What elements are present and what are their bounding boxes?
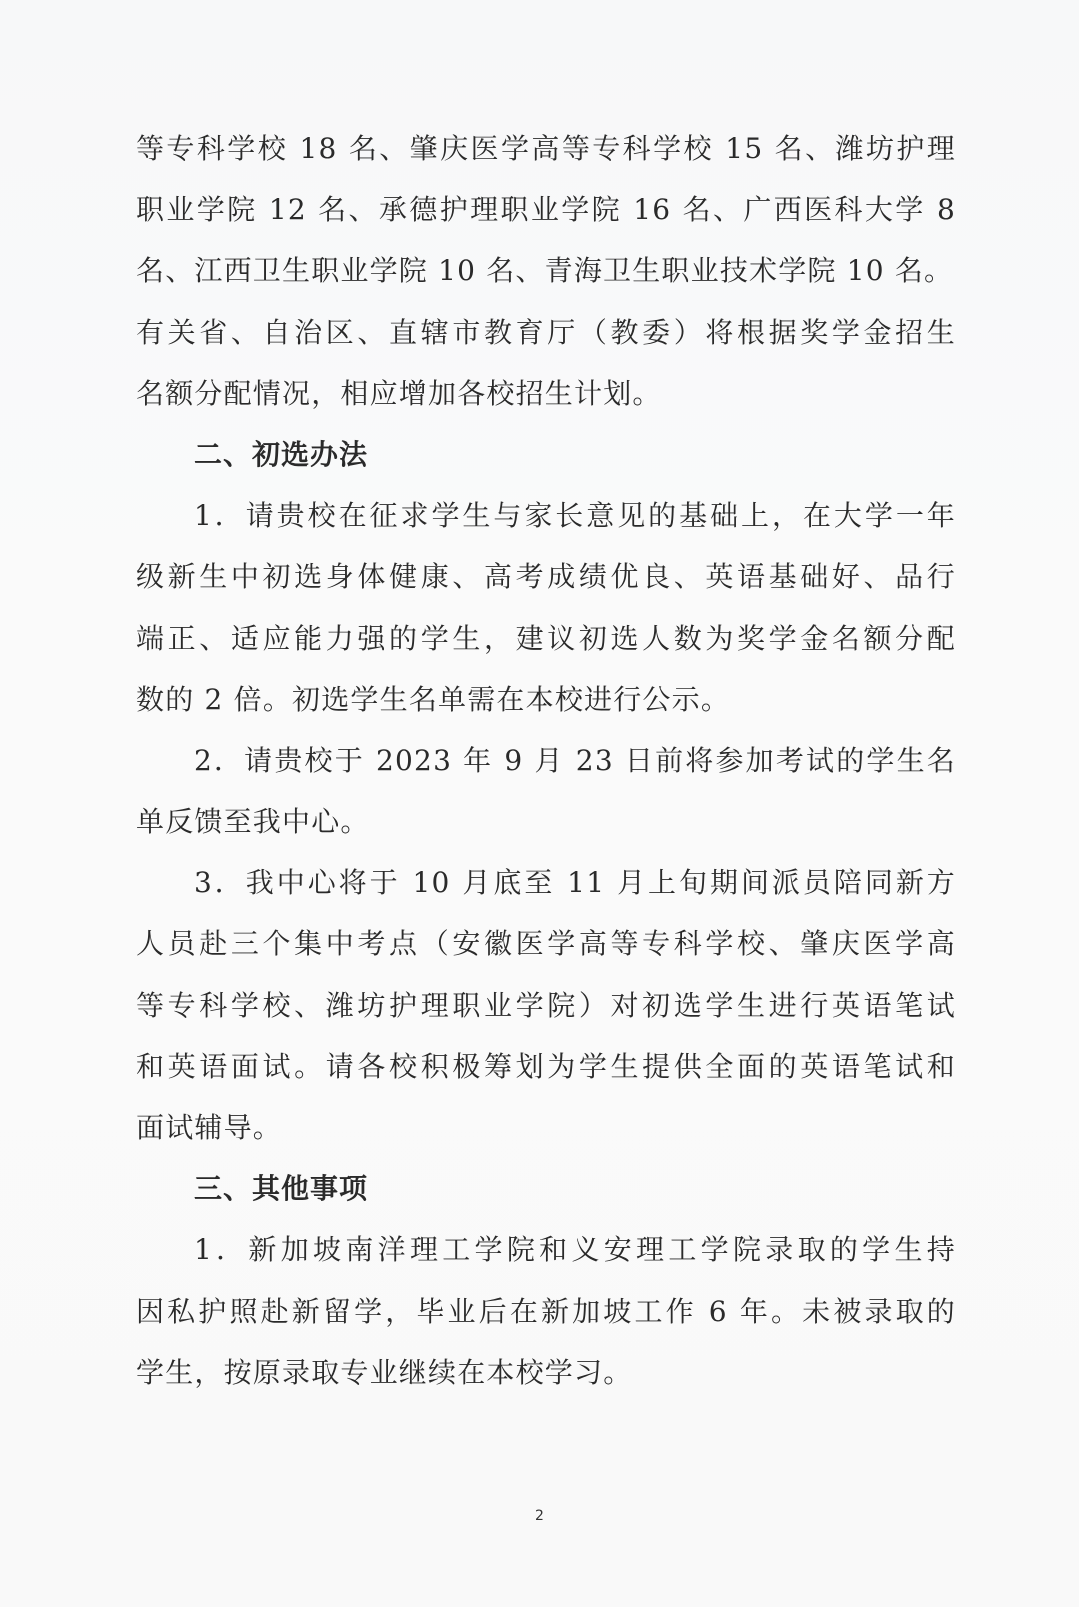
paragraph-line: 3．我中心将于 10 月底至 11 月上旬期间派员陪同新方 bbox=[136, 852, 956, 913]
continuation-paragraph: 等专科学校 18 名、肇庆医学高等专科学校 15 名、潍坊护理 职业学院 12 … bbox=[136, 118, 956, 424]
paragraph-line: 因私护照赴新留学，毕业后在新加坡工作 6 年。未被录取的 bbox=[136, 1281, 956, 1342]
paragraph-line: 名额分配情况，相应增加各校招生计划。 bbox=[136, 363, 956, 424]
paragraph-line: 面试辅导。 bbox=[136, 1097, 956, 1158]
paragraph-line: 名、江西卫生职业学院 10 名、青海卫生职业技术学院 10 名。 bbox=[136, 240, 956, 301]
document-page: 等专科学校 18 名、肇庆医学高等专科学校 15 名、潍坊护理 职业学院 12 … bbox=[0, 0, 1079, 1607]
section-heading: 三、其他事项 bbox=[136, 1158, 956, 1219]
paragraph-line: 等专科学校 18 名、肇庆医学高等专科学校 15 名、潍坊护理 bbox=[136, 118, 956, 179]
page-number: 2 bbox=[0, 1508, 1079, 1524]
paragraph-line: 单反馈至我中心。 bbox=[136, 791, 956, 852]
paragraph-line: 端正、适应能力强的学生，建议初选人数为奖学金名额分配 bbox=[136, 608, 956, 669]
section-preliminary-selection: 二、初选办法 1．请贵校在征求学生与家长意见的基础上，在大学一年 级新生中初选身… bbox=[136, 424, 956, 1158]
list-item: 2．请贵校于 2023 年 9 月 23 日前将参加考试的学生名 单反馈至我中心… bbox=[136, 730, 956, 852]
paragraph-line: 级新生中初选身体健康、高考成绩优良、英语基础好、品行 bbox=[136, 546, 956, 607]
paragraph-line: 1．新加坡南洋理工学院和义安理工学院录取的学生持 bbox=[136, 1219, 956, 1280]
paragraph-line: 等专科学校、潍坊护理职业学院）对初选学生进行英语笔试 bbox=[136, 975, 956, 1036]
list-item: 1．新加坡南洋理工学院和义安理工学院录取的学生持 因私护照赴新留学，毕业后在新加… bbox=[136, 1219, 956, 1403]
paragraph-line: 1．请贵校在征求学生与家长意见的基础上，在大学一年 bbox=[136, 485, 956, 546]
paragraph-line: 有关省、自治区、直辖市教育厅（教委）将根据奖学金招生 bbox=[136, 302, 956, 363]
paragraph-line: 学生，按原录取专业继续在本校学习。 bbox=[136, 1342, 956, 1403]
paragraph-line: 人员赴三个集中考点（安徽医学高等专科学校、肇庆医学高 bbox=[136, 913, 956, 974]
list-item: 3．我中心将于 10 月底至 11 月上旬期间派员陪同新方 人员赴三个集中考点（… bbox=[136, 852, 956, 1158]
list-item: 1．请贵校在征求学生与家长意见的基础上，在大学一年 级新生中初选身体健康、高考成… bbox=[136, 485, 956, 730]
paragraph-line: 数的 2 倍。初选学生名单需在本校进行公示。 bbox=[136, 669, 956, 730]
paragraph-line: 职业学院 12 名、承德护理职业学院 16 名、广西医科大学 8 bbox=[136, 179, 956, 240]
section-heading: 二、初选办法 bbox=[136, 424, 956, 485]
paragraph-line: 和英语面试。请各校积极筹划为学生提供全面的英语笔试和 bbox=[136, 1036, 956, 1097]
paragraph-line: 2．请贵校于 2023 年 9 月 23 日前将参加考试的学生名 bbox=[136, 730, 956, 791]
document-body: 等专科学校 18 名、肇庆医学高等专科学校 15 名、潍坊护理 职业学院 12 … bbox=[136, 118, 956, 1403]
section-other-matters: 三、其他事项 1．新加坡南洋理工学院和义安理工学院录取的学生持 因私护照赴新留学… bbox=[136, 1158, 956, 1403]
